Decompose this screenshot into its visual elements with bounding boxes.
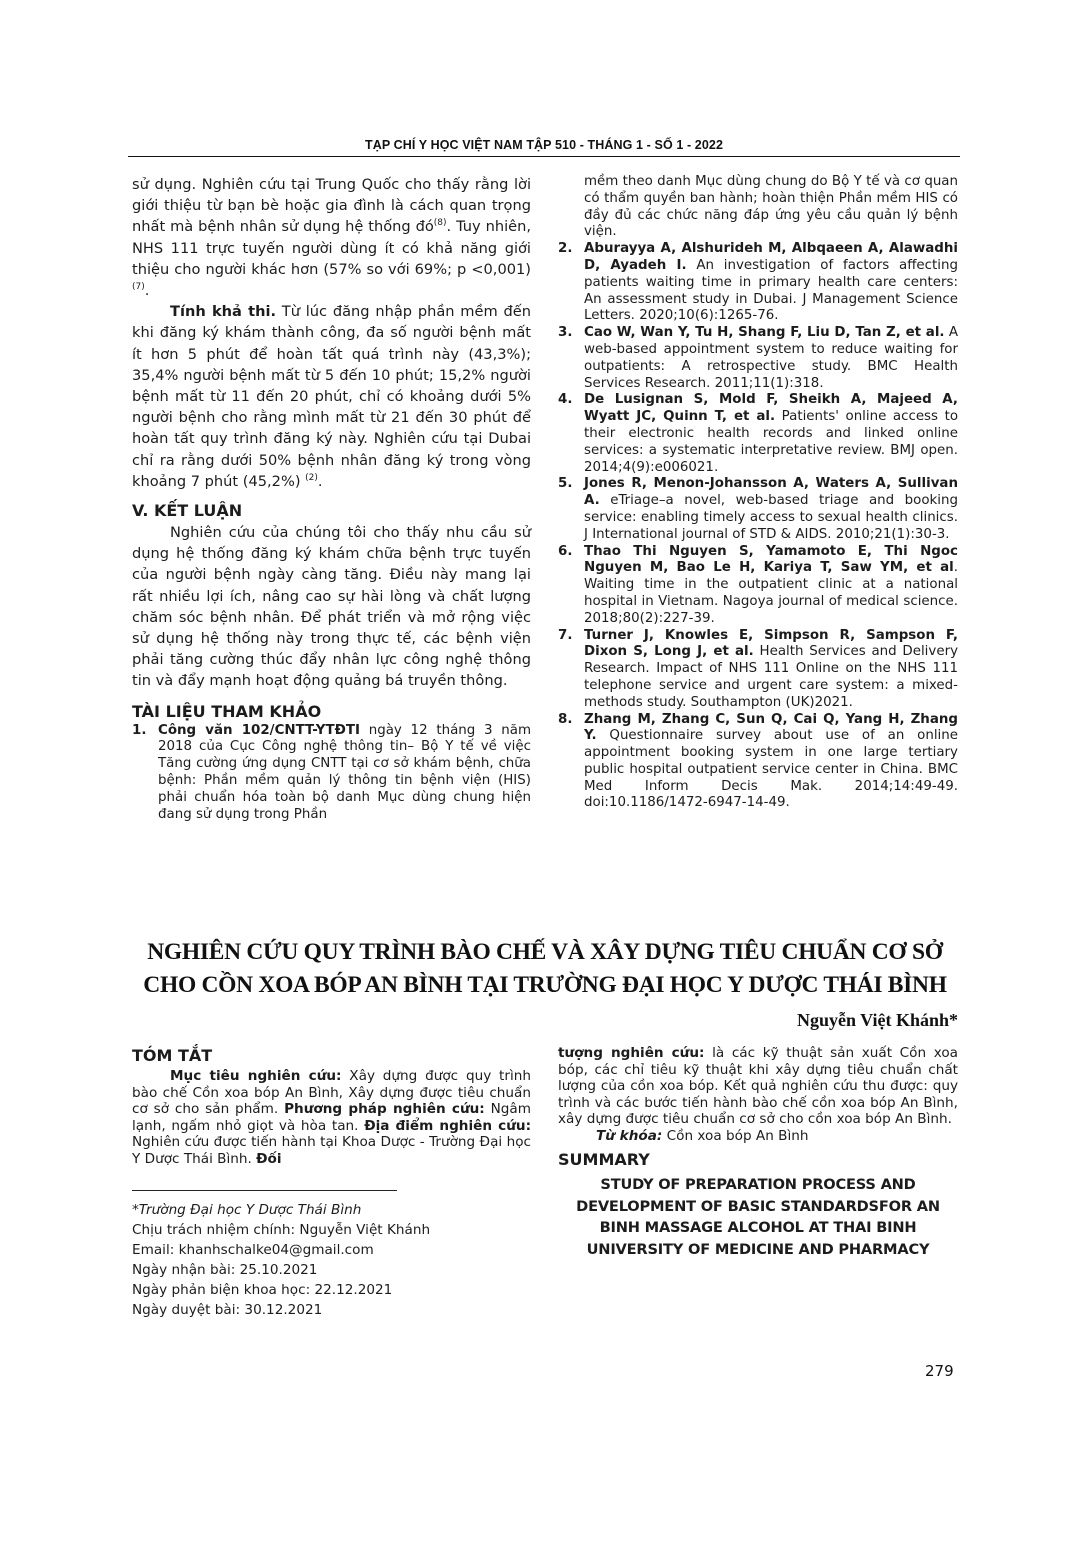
discussion-paragraph: sử dụng. Nghiên cứu tại Trung Quốc cho t…	[132, 174, 531, 301]
abstract-continuation: tượng nghiên cứu: là các kỹ thuật sản xu…	[558, 1045, 958, 1128]
keywords: Từ khóa: Cồn xoa bóp An Bình	[558, 1128, 958, 1145]
article-author: Nguyễn Việt Khánh*	[797, 1010, 958, 1031]
running-header: TẠP CHÍ Y HỌC VIỆT NAM TẬP 510 - THÁNG 1…	[128, 138, 960, 152]
approval-date: Ngày duyệt bài: 30.12.2021	[132, 1300, 531, 1320]
conclusion-paragraph: Nghiên cứu của chúng tôi cho thấy nhu cầ…	[132, 522, 531, 692]
summary-heading: SUMMARY	[558, 1150, 958, 1170]
reference-item: 1.Công văn 102/CNTT-YTĐTI ngày 12 tháng …	[132, 723, 531, 824]
page-number: 279	[925, 1362, 954, 1380]
right-column: mềm theo danh Mục dùng chung do Bộ Y tế …	[558, 174, 958, 812]
footnote-rule	[132, 1190, 397, 1191]
conclusion-heading: V. KẾT LUẬN	[132, 500, 531, 522]
paragraph-lead: Tính khả thi.	[170, 303, 276, 320]
feasibility-paragraph: Tính khả thi. Từ lúc đăng nhập phần mềm …	[132, 301, 531, 492]
review-date: Ngày phản biện khoa học: 22.12.2021	[132, 1280, 531, 1300]
reference-item: 7.Turner J, Knowles E, Simpson R, Sampso…	[558, 628, 958, 712]
responsible-author: Chịu trách nhiệm chính: Nguyễn Việt Khán…	[132, 1220, 531, 1240]
article-title: NGHIÊN CỨU QUY TRÌNH BÀO CHẾ VÀ XÂY DỰNG…	[120, 936, 970, 1002]
reference-item: 5.Jones R, Menon-Johansson A, Waters A, …	[558, 476, 958, 543]
footnotes: *Trường Đại học Y Dược Thái Bình Chịu tr…	[132, 1200, 531, 1320]
reference-item: 6.Thao Thi Nguyen S, Yamamoto E, Thi Ngo…	[558, 544, 958, 628]
abstract-paragraph: Mục tiêu nghiên cứu: Xây dựng được quy t…	[132, 1068, 531, 1167]
abstract-heading: TÓM TẮT	[132, 1046, 531, 1066]
reference-item: 8.Zhang M, Zhang C, Sun Q, Cai Q, Yang H…	[558, 712, 958, 813]
references-heading: TÀI LIỆU THAM KHẢO	[132, 701, 531, 723]
references-list: 1.Công văn 102/CNTT-YTĐTI ngày 12 tháng …	[132, 723, 531, 824]
reference-item: 2.Aburayya A, Alshurideh M, Albqaeen A, …	[558, 241, 958, 325]
journal-page: TẠP CHÍ Y HỌC VIỆT NAM TẬP 510 - THÁNG 1…	[0, 0, 1090, 1541]
citation: (7)	[132, 282, 145, 292]
header-rule	[128, 156, 960, 157]
received-date: Ngày nhận bài: 25.10.2021	[132, 1260, 531, 1280]
email: Email: khanhschalke04@gmail.com	[132, 1240, 531, 1260]
abstract-right: tượng nghiên cứu: là các kỹ thuật sản xu…	[558, 1045, 958, 1260]
citation: (2)	[305, 473, 318, 483]
affiliation: *Trường Đại học Y Dược Thái Bình	[132, 1200, 531, 1220]
abstract-left: TÓM TẮT Mục tiêu nghiên cứu: Xây dựng đư…	[132, 1046, 531, 1167]
citation: (8)	[434, 218, 447, 228]
left-column: sử dụng. Nghiên cứu tại Trung Quốc cho t…	[132, 174, 531, 823]
reference-continuation: mềm theo danh Mục dùng chung do Bộ Y tế …	[558, 174, 958, 241]
reference-item: 4.De Lusignan S, Mold F, Sheikh A, Majee…	[558, 392, 958, 476]
summary-title: STUDY OF PREPARATION PROCESS AND DEVELOP…	[558, 1174, 958, 1260]
reference-item: 3.Cao W, Wan Y, Tu H, Shang F, Liu D, Ta…	[558, 325, 958, 392]
